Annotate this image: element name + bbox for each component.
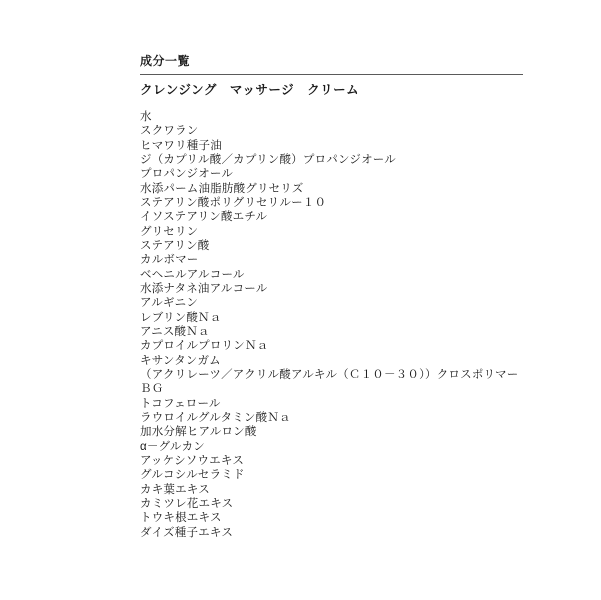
ingredient-line: カミツレ花エキス bbox=[140, 497, 524, 511]
ingredient-line: 水 bbox=[140, 110, 524, 124]
divider bbox=[140, 74, 523, 75]
ingredient-line: 水添ナタネ油アルコール bbox=[140, 282, 524, 296]
ingredient-line: スクワラン bbox=[140, 124, 524, 138]
ingredient-line: プロパンジオール bbox=[140, 167, 524, 181]
ingredient-line: アッケシソウエキス bbox=[140, 454, 524, 468]
ingredient-line: カキ葉エキス bbox=[140, 483, 524, 497]
ingredient-page: 成分一覧 クレンジング マッサージ クリーム 水 スクワラン ヒマワリ種子油 ジ… bbox=[140, 55, 524, 540]
ingredient-list: 水 スクワラン ヒマワリ種子油 ジ（カプリル酸／カプリン酸）プロパンジオール プ… bbox=[140, 110, 524, 540]
ingredient-line: ＢＧ bbox=[140, 382, 524, 396]
ingredient-line: カプロイルプロリンＮａ bbox=[140, 339, 524, 353]
ingredient-line: キサンタンガム bbox=[140, 354, 524, 368]
ingredient-line: ヒマワリ種子油 bbox=[140, 139, 524, 153]
page-title: 成分一覧 bbox=[140, 55, 524, 67]
ingredient-line: 加水分解ヒアルロン酸 bbox=[140, 425, 524, 439]
ingredient-line: ラウロイルグルタミン酸Ｎａ bbox=[140, 411, 524, 425]
ingredient-line: イソステアリン酸エチル bbox=[140, 210, 524, 224]
ingredient-line: 水添パーム油脂肪酸グリセリズ bbox=[140, 182, 524, 196]
ingredient-line: カルボマー bbox=[140, 253, 524, 267]
ingredient-line: ジ（カプリル酸／カプリン酸）プロパンジオール bbox=[140, 153, 524, 167]
ingredient-line: グルコシルセラミド bbox=[140, 468, 524, 482]
ingredient-line: アルギニン bbox=[140, 296, 524, 310]
ingredient-line: ステアリン酸 bbox=[140, 239, 524, 253]
ingredient-line: ベヘニルアルコール bbox=[140, 268, 524, 282]
ingredient-line: レブリン酸Ｎａ bbox=[140, 311, 524, 325]
ingredient-line: ステアリン酸ポリグリセリルー１０ bbox=[140, 196, 524, 210]
ingredient-line: α－グルカン bbox=[140, 440, 524, 454]
ingredient-line: トウキ根エキス bbox=[140, 511, 524, 525]
product-name: クレンジング マッサージ クリーム bbox=[140, 84, 524, 97]
ingredient-line: グリセリン bbox=[140, 225, 524, 239]
ingredient-line: アニス酸Ｎａ bbox=[140, 325, 524, 339]
ingredient-line: ダイズ種子エキス bbox=[140, 526, 524, 540]
ingredient-line: （アクリレーツ／アクリル酸アルキル（Ｃ１０－３０））クロスポリマー bbox=[140, 368, 524, 382]
ingredient-line: トコフェロール bbox=[140, 397, 524, 411]
